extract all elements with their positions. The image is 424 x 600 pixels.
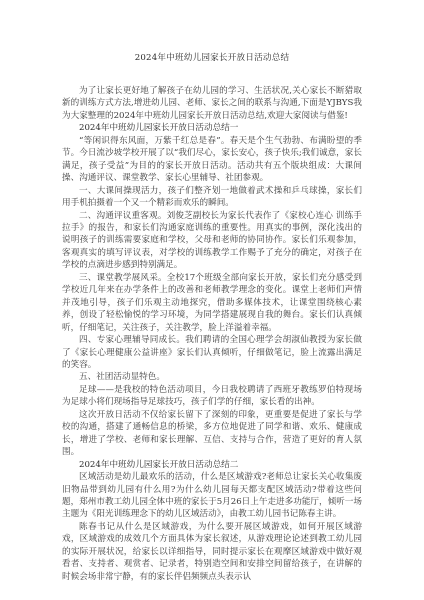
document-body: 为了让家长更好地了解孩子在幼儿园的学习、生活状况,关心家长不断猎取新的训练方式方…: [62, 85, 362, 583]
document-title: 2024年中班幼儿园家长开放日活动总结: [0, 52, 424, 64]
intro-paragraph: 为了让家长更好地了解孩子在幼儿园的学习、生活状况,关心家长不断猎取新的训练方式方…: [62, 85, 362, 122]
body-paragraph: 二、沟通评议重客观。刘俊芝副校长为家长代表作了《家校心连心 训练手拉手》的报告，…: [62, 210, 362, 272]
body-paragraph: 四、专家心理辅导同成长。我们聘请的全国心理学会胡淑仙教授为家长做了《家长心理健康…: [62, 334, 362, 371]
body-paragraph: “等闲识得东风面，万紫千红总是春”。春天是个生气勃勃、布满盼望的季节。今日流沙坡…: [62, 135, 362, 185]
body-paragraph: 这次开放日活动不仅给家长留下了深刻的印象，更重要是促进了家长与学校的沟通，搭建了…: [62, 409, 362, 459]
section-subtitle-1: 2024年中班幼儿园家长开放日活动总结一: [62, 122, 362, 134]
body-paragraph: 三、课堂教学展风采。全校17个班级全部向家长开放，家长们充分感受到学校近几年来在…: [62, 272, 362, 334]
body-paragraph: 陈春书记从什么是区域游戏，为什么要开展区域游戏，如何开展区域游戏，区域游戏的成效…: [62, 521, 362, 583]
body-paragraph: 足球——是我校的特色活动项目，今日我校聘请了西班牙教练罗伯特现场为足球小将们现场…: [62, 384, 362, 409]
body-paragraph: 区域活动是幼儿最欢乐的活动，什么是区域游戏?老师总让家长关心收集废旧物品带到幼儿…: [62, 471, 362, 521]
document-page: 2024年中班幼儿园家长开放日活动总结 为了让家长更好地了解孩子在幼儿园的学习、…: [0, 0, 424, 600]
section-subtitle-2: 2024年中班幼儿园家长开放日活动总结二: [62, 459, 362, 471]
body-paragraph: 一、大课间操现活力，孩子们整齐划一地做着武术操和乒乓球操，家长们用手机拍摄着一个…: [62, 185, 362, 210]
body-paragraph: 五、社团活动显特色。: [62, 371, 362, 383]
